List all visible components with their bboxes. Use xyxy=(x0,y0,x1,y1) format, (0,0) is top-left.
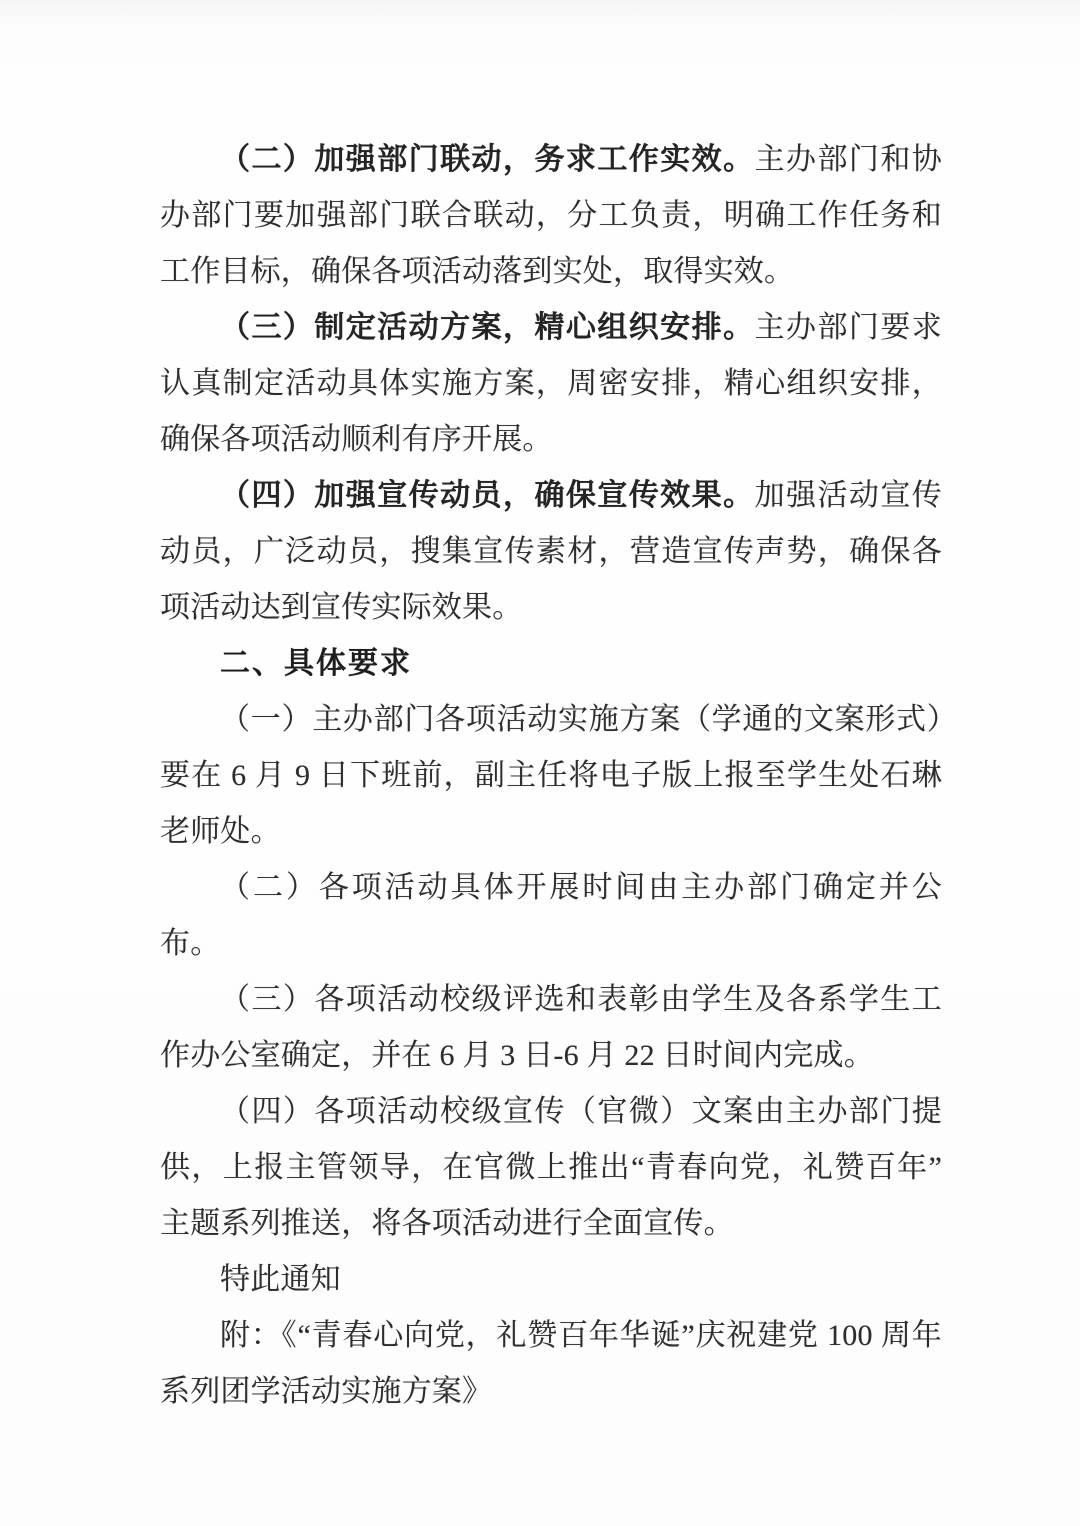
paragraph-lead: （三）制定活动方案，精心组织安排。 xyxy=(220,311,755,344)
paragraph: （三）制定活动方案，精心组织安排。主办部门要求认真制定活动具体实施方案，周密安排… xyxy=(160,300,942,468)
paragraph: 特此通知 xyxy=(160,1252,942,1308)
paragraph-lead: （二）加强部门联动，务求工作实效。 xyxy=(220,143,755,176)
paragraph: 附：《“青春心向党，礼赞百年华诞”庆祝建党 100 周年系列团学活动实施方案》 xyxy=(160,1308,942,1420)
section-heading: 二、具体要求 xyxy=(160,636,942,692)
paragraph: （一）主办部门各项活动实施方案（学通的文案形式）要在 6 月 9 日下班前，副主… xyxy=(160,692,942,860)
paragraph-lead: （四）加强宣传动员，确保宣传效果。 xyxy=(220,479,755,512)
paragraph: （二）各项活动具体开展时间由主办部门确定并公布。 xyxy=(160,860,942,972)
paragraph: （四）各项活动校级宣传（官微）文案由主办部门提供，上报主管领导，在官微上推出“青… xyxy=(160,1084,942,1252)
document-body: （二）加强部门联动，务求工作实效。主办部门和协办部门要加强部门联合联动，分工负责… xyxy=(160,132,942,1420)
paragraph: （三）各项活动校级评选和表彰由学生及各系学生工作办公室确定，并在 6 月 3 日… xyxy=(160,972,942,1084)
document-page: （二）加强部门联动，务求工作实效。主办部门和协办部门要加强部门联合联动，分工负责… xyxy=(0,0,1080,1526)
paragraph: （四）加强宣传动员，确保宣传效果。加强活动宣传动员，广泛动员，搜集宣传素材，营造… xyxy=(160,468,942,636)
paragraph: （二）加强部门联动，务求工作实效。主办部门和协办部门要加强部门联合联动，分工负责… xyxy=(160,132,942,300)
